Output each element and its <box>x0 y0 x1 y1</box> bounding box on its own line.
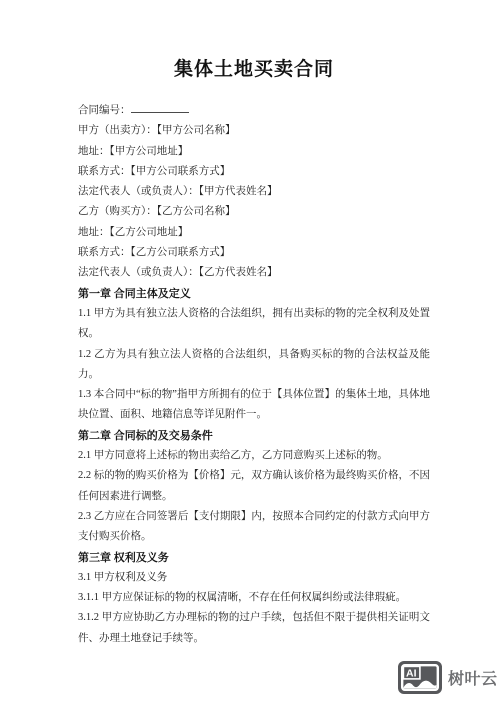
clause-paragraph: 3.1.1 甲方应保证标的物的权属清晰，不存在任何权属纠纷或法律瑕疵。 <box>78 588 430 608</box>
party-info-line: 地址：【乙方公司地址】 <box>78 223 430 243</box>
ai-image-logo-icon: AI <box>398 661 442 694</box>
clause-paragraph: 2.2 标的物的购买价格为【价格】元，双方确认该价格为最终购买价格，不因任何因素… <box>78 466 430 507</box>
contract-number-label: 合同编号： <box>78 105 131 116</box>
contract-section: 第一章 合同主体及定义 1.1 甲方为具有独立法人资格的合法组织，拥有出卖标的物… <box>78 284 430 426</box>
clause-paragraph: 1.1 甲方为具有独立法人资格的合法组织，拥有出卖标的物的完全权利及处置权。 <box>78 304 430 345</box>
party-info-line: 联系方式：【甲方公司联系方式】 <box>78 162 430 182</box>
contract-document: 集体土地买卖合同 合同编号： 甲方（出卖方）：【甲方公司名称】 地址：【甲方公司… <box>78 56 430 649</box>
party-info-line: 联系方式：【乙方公司联系方式】 <box>78 243 430 263</box>
contract-section: 第三章 权利及义务 3.1 甲方权利及义务 3.1.1 甲方应保证标的物的权属清… <box>78 548 430 649</box>
clause-paragraph: 2.1 甲方同意将上述标的物出卖给乙方，乙方同意购买上述标的物。 <box>78 446 430 466</box>
contract-section: 第二章 合同标的及交易条件 2.1 甲方同意将上述标的物出卖给乙方，乙方同意购买… <box>78 426 430 548</box>
party-info-line: 甲方（出卖方）：【甲方公司名称】 <box>78 121 430 141</box>
contract-number-line: 合同编号： <box>78 101 430 121</box>
clause-paragraph: 1.3 本合同中“标的物”指甲方所拥有的位于【具体位置】的集体土地，具体地块位置… <box>78 385 430 426</box>
party-info-line: 地址：【甲方公司地址】 <box>78 142 430 162</box>
party-info-line: 乙方（购买方）：【乙方公司名称】 <box>78 202 430 222</box>
clause-paragraph: 1.2 乙方为具有独立法人资格的合法组织，具备购买标的物的合法权益及能力。 <box>78 345 430 386</box>
contract-number-blank <box>131 101 189 113</box>
document-title: 集体土地买卖合同 <box>78 56 430 84</box>
clause-paragraph: 2.3 乙方应在合同签署后【支付期限】内，按照本合同约定的付款方式向甲方支付购买… <box>78 507 430 548</box>
clause-paragraph: 3.1 甲方权利及义务 <box>78 568 430 588</box>
watermark: AI 树叶云 <box>398 661 498 694</box>
logo-ai-text: AI <box>406 668 417 680</box>
party-info-line: 法定代表人（或负责人）：【乙方代表姓名】 <box>78 263 430 283</box>
section-heading: 第一章 合同主体及定义 <box>78 284 430 304</box>
party-info-line: 法定代表人（或负责人）：【甲方代表姓名】 <box>78 182 430 202</box>
clause-paragraph: 3.1.2 甲方应协助乙方办理标的物的过户手续，包括但不限于提供相关证明文件、办… <box>78 608 430 649</box>
section-heading: 第二章 合同标的及交易条件 <box>78 426 430 446</box>
section-heading: 第三章 权利及义务 <box>78 548 430 568</box>
brand-name: 树叶云 <box>448 666 498 689</box>
